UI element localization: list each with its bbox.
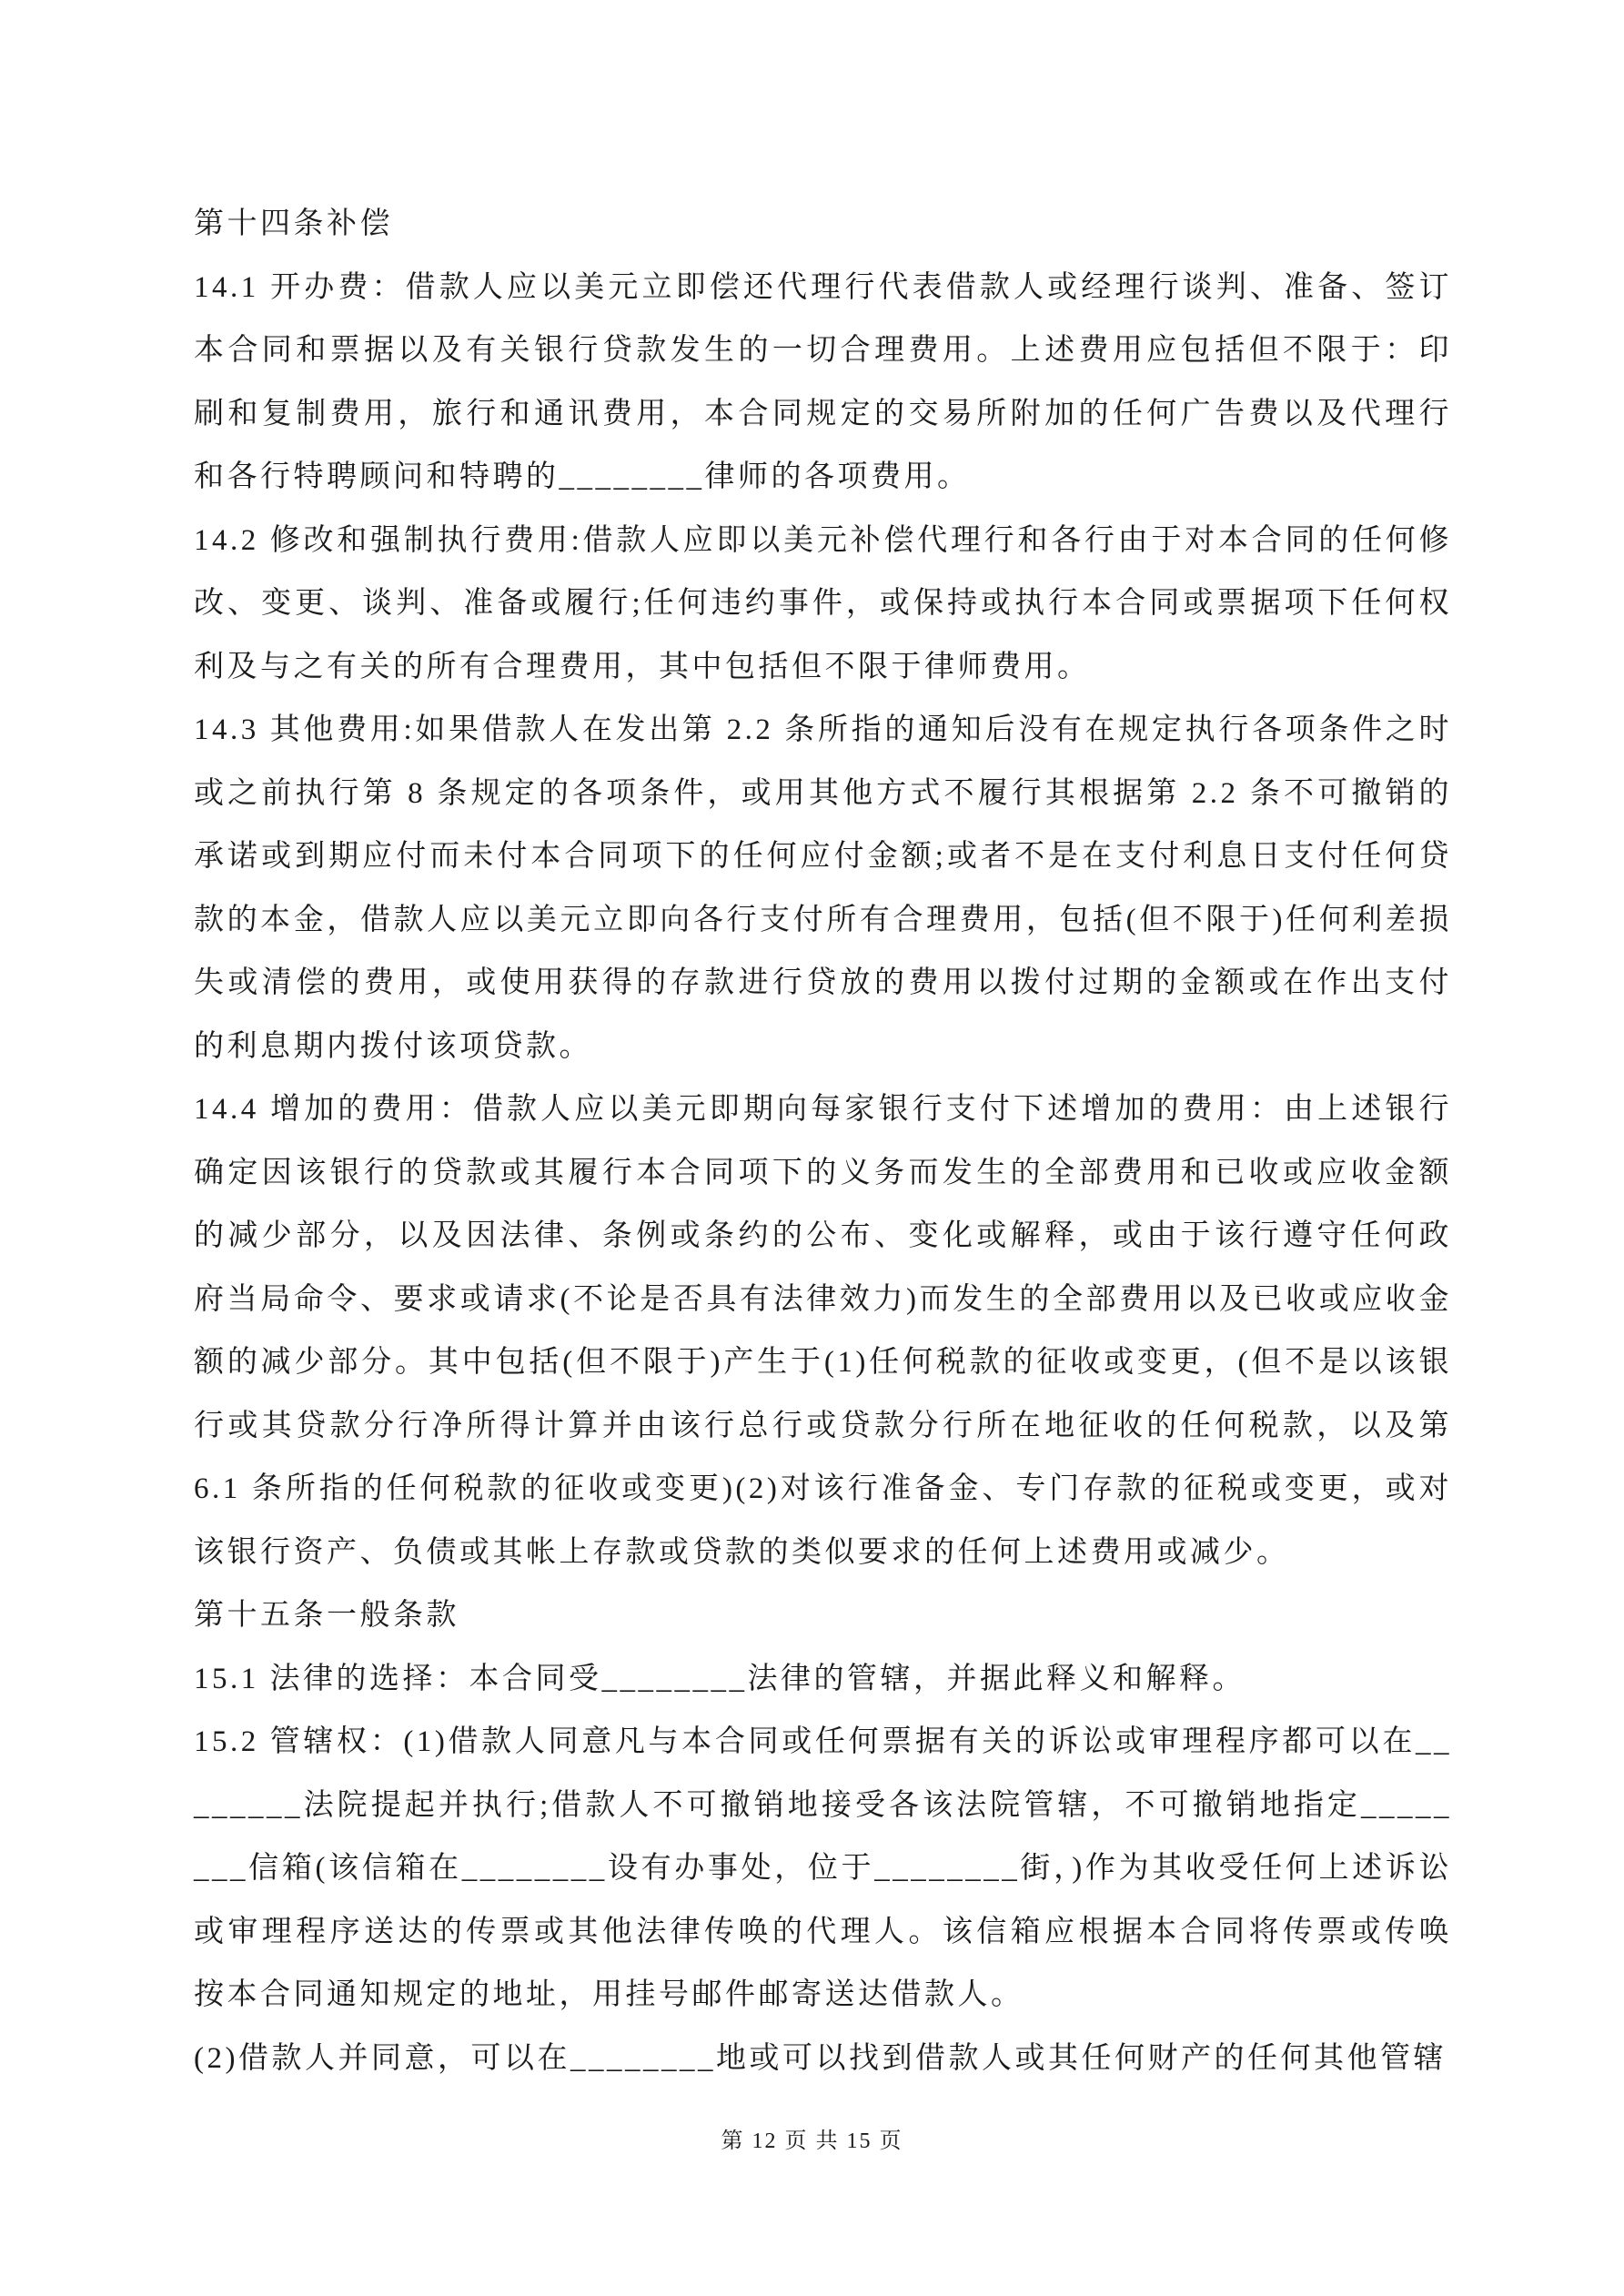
clause-14-2-paragraph: 14.2 修改和强制执行费用:借款人应即以美元补偿代理行和各行由于对本合同的任何…	[194, 510, 1452, 700]
clause-15-2-item-2-paragraph: (2)借款人并同意，可以在________地或可以找到借款人或其任何财产的任何其…	[194, 2028, 1452, 2091]
clause-14-3-paragraph: 14.3 其他费用:如果借款人在发出第 2.2 条所指的通知后没有在规定执行各项…	[194, 699, 1452, 1078]
clause-15-1-paragraph: 15.1 法律的选择：本合同受________法律的管辖，并据此释义和解释。	[194, 1648, 1452, 1712]
article-14-heading: 第十四条补偿	[194, 193, 1452, 257]
page-number: 第 12 页 共 15 页	[0, 2122, 1624, 2154]
clause-14-4-paragraph: 14.4 增加的费用：借款人应以美元即期向每家银行支付下述增加的费用：由上述银行…	[194, 1078, 1452, 1584]
contract-page-body: 第十四条补偿 14.1 开办费：借款人应以美元立即偿还代理行代表借款人或经理行谈…	[194, 193, 1452, 2090]
clause-14-1-paragraph: 14.1 开办费：借款人应以美元立即偿还代理行代表借款人或经理行谈判、准备、签订…	[194, 257, 1452, 510]
clause-15-2-paragraph: 15.2 管辖权：(1)借款人同意凡与本合同或任何票据有关的诉讼或审理程序都可以…	[194, 1711, 1452, 2028]
article-15-heading: 第十五条一般条款	[194, 1584, 1452, 1648]
